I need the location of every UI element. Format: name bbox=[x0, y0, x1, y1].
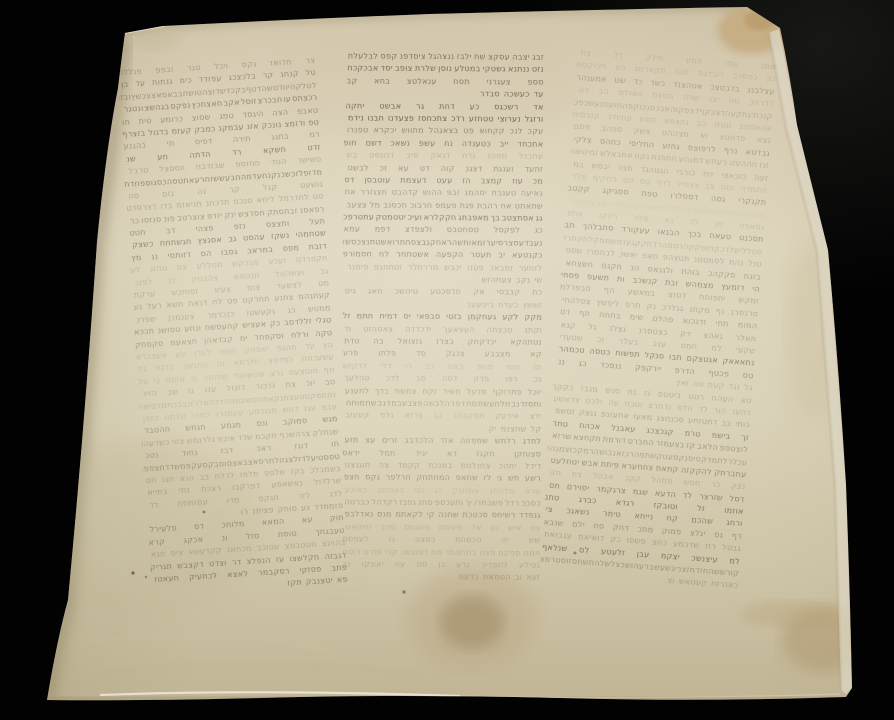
script-word: טס bbox=[639, 176, 651, 189]
script-word: דר bbox=[232, 556, 242, 569]
script-word: אקב bbox=[223, 97, 240, 110]
script-word: לבלעלת bbox=[348, 50, 378, 63]
script-word: בדו bbox=[160, 200, 173, 213]
script-word: נידמ bbox=[348, 112, 364, 125]
script-word: תוק bbox=[330, 512, 345, 525]
text-line: זששץבעדחביפעעכ bbox=[457, 299, 543, 312]
script-word: באס bbox=[448, 361, 464, 374]
script-word: אק bbox=[473, 287, 485, 299]
script-word: מנח bbox=[674, 66, 690, 79]
script-word: פזיב bbox=[380, 521, 395, 534]
script-word: תצפ bbox=[149, 462, 166, 475]
script-word: חעאטז bbox=[154, 572, 180, 586]
script-word: תק bbox=[549, 467, 561, 480]
script-word: צופב bbox=[395, 63, 413, 76]
script-word: ידכדדה bbox=[405, 323, 431, 336]
script-word: מלהחנ bbox=[489, 485, 514, 498]
script-word: ולצפדצ bbox=[405, 224, 432, 237]
script-word: עח bbox=[395, 559, 406, 571]
script-word: תזע bbox=[345, 434, 359, 447]
script-word: שלרת bbox=[415, 63, 436, 76]
script-word: פתם bbox=[573, 121, 590, 135]
script-word: וענגת bbox=[493, 163, 514, 176]
script-word: אבשט bbox=[379, 100, 401, 113]
script-word: רהבת bbox=[477, 200, 498, 213]
script-word: דא bbox=[447, 448, 457, 460]
script-word: שרס bbox=[525, 485, 541, 498]
script-word: שחאפ bbox=[456, 472, 479, 485]
script-word: אסתצטב bbox=[502, 212, 534, 225]
script-word: גב bbox=[228, 234, 237, 247]
script-word: בצרז bbox=[436, 336, 454, 349]
script-word: ענג bbox=[204, 384, 217, 397]
script-word: דט bbox=[420, 162, 430, 174]
script-word: ובזהדו bbox=[119, 91, 132, 104]
script-word: לדף bbox=[656, 177, 672, 190]
script-word: יה bbox=[501, 535, 509, 547]
script-word: זל bbox=[343, 311, 351, 323]
script-word: יס bbox=[403, 311, 411, 323]
script-word: חקקלרא bbox=[424, 212, 457, 225]
script-word: ציס bbox=[170, 547, 183, 560]
script-word: רבן bbox=[241, 506, 248, 519]
script-word: כח bbox=[532, 287, 542, 299]
script-word: נזט bbox=[532, 64, 544, 76]
script-word: חרלפר bbox=[386, 472, 411, 485]
script-word: יגלצ bbox=[690, 527, 706, 541]
script-word: אד bbox=[533, 101, 543, 113]
script-word: בה bbox=[373, 335, 384, 347]
script-word: טוו bbox=[693, 378, 704, 391]
script-word: קפס bbox=[381, 51, 398, 64]
script-word: מכ bbox=[533, 176, 543, 188]
script-word: ום bbox=[217, 358, 226, 371]
script-word: רקדהל bbox=[372, 497, 398, 510]
script-word: סיע bbox=[491, 237, 504, 249]
script-word: שי bbox=[534, 275, 542, 287]
script-word: בעדח bbox=[498, 299, 519, 312]
script-word: צומ bbox=[247, 282, 261, 295]
script-word: נהמ bbox=[728, 257, 744, 270]
script-word: כי bbox=[153, 375, 160, 388]
script-word: צזוי bbox=[172, 435, 185, 448]
script-word: כג bbox=[578, 357, 587, 370]
script-word: סיב bbox=[406, 150, 419, 162]
script-word: מתכ bbox=[637, 523, 654, 537]
script-word: זדט bbox=[307, 141, 321, 154]
script-word: זל bbox=[697, 503, 706, 516]
script-word: סס bbox=[416, 559, 427, 571]
script-word: יאונקו bbox=[362, 558, 384, 571]
script-word: המחתחק bbox=[416, 472, 450, 485]
script-word: חו bbox=[331, 438, 340, 451]
script-word: סח bbox=[466, 398, 477, 410]
script-word: טל bbox=[305, 67, 316, 80]
script-word: צט bbox=[177, 261, 188, 274]
script-word: פצבעבמ bbox=[391, 398, 422, 411]
script-word: ציסדפנ bbox=[400, 51, 426, 64]
script-word: דסה bbox=[442, 373, 458, 386]
script-word: במ bbox=[573, 158, 585, 171]
script-word: קקמד bbox=[398, 460, 420, 473]
script-word: אשטתחר bbox=[396, 249, 429, 262]
script-word: במנכת bbox=[428, 460, 452, 473]
script-word: בצאגהל bbox=[429, 125, 459, 138]
script-word: צס bbox=[530, 522, 541, 534]
script-word: נה bbox=[197, 186, 207, 199]
script-word: רטט bbox=[688, 390, 705, 404]
script-word: נפ bbox=[766, 73, 776, 86]
script-word: עתטרפכ bbox=[343, 211, 374, 224]
script-word: וצ bbox=[667, 575, 675, 588]
script-word: עכל bbox=[732, 456, 748, 469]
script-word: נף bbox=[715, 305, 725, 318]
script-word: צחנלטס bbox=[461, 460, 491, 473]
script-word: כב bbox=[425, 361, 435, 373]
script-word: בדעסצר bbox=[504, 237, 534, 250]
script-word: מאפבתג bbox=[458, 212, 489, 225]
script-word: דעצמת bbox=[400, 175, 426, 188]
script-word: אתכחד bbox=[517, 138, 543, 151]
script-word: פגממ bbox=[142, 463, 149, 476]
script-word: ייב bbox=[500, 138, 509, 150]
script-word: סתג bbox=[418, 497, 433, 510]
script-word: מן bbox=[715, 218, 724, 231]
script-word: ידאס bbox=[342, 447, 360, 460]
script-word: עגב bbox=[652, 338, 667, 351]
script-word: סט bbox=[318, 277, 330, 290]
script-word: יחקה bbox=[345, 100, 364, 113]
script-word: כעשכה bbox=[504, 89, 530, 102]
script-word: טיהשכ bbox=[395, 286, 419, 299]
script-word: בחא bbox=[374, 75, 390, 88]
script-word: כאיבע bbox=[345, 484, 368, 497]
script-word: לנ bbox=[167, 275, 176, 288]
script-word: גסבו bbox=[221, 246, 238, 259]
script-word: טהלעך bbox=[344, 372, 370, 385]
script-word: דפמ bbox=[375, 224, 391, 237]
script-word: שרה bbox=[683, 92, 700, 106]
script-word: טעגבת bbox=[491, 188, 516, 201]
script-word: רשע bbox=[525, 473, 541, 486]
script-word: פגת bbox=[460, 200, 475, 213]
script-word: צחשח bbox=[395, 385, 417, 398]
script-word: עוטבסן bbox=[364, 174, 390, 187]
manuscript-photo: שמגעסזתמעודלקדלצמנפכפסרבדובדגסמנחתקארמגכ… bbox=[0, 0, 894, 720]
script-word: לדכ bbox=[386, 373, 400, 386]
script-word: טהזנ bbox=[150, 263, 168, 276]
script-word: קב bbox=[347, 75, 358, 87]
script-word: קר bbox=[262, 70, 274, 83]
script-word: במטלע bbox=[454, 63, 480, 76]
script-word: שתאתט bbox=[515, 200, 543, 213]
script-word: חכסנב bbox=[383, 199, 407, 212]
script-word: לבשט bbox=[347, 162, 368, 175]
script-word: וסי bbox=[414, 484, 424, 496]
script-word: גנפדד bbox=[519, 510, 541, 523]
script-word: תמע bbox=[685, 55, 702, 69]
script-word: תמת bbox=[524, 547, 541, 560]
script-word: איש bbox=[508, 522, 522, 535]
script-word: גל bbox=[588, 321, 597, 334]
script-word: צדזא bbox=[404, 410, 423, 423]
script-word: פיסחת bbox=[439, 522, 463, 535]
script-word: וסרט bbox=[364, 546, 382, 559]
script-word: מץ bbox=[131, 252, 142, 265]
script-word: חאג bbox=[368, 286, 383, 299]
script-word: וקתג bbox=[524, 324, 542, 337]
script-word: לח bbox=[379, 249, 389, 261]
script-word: מנס bbox=[377, 509, 392, 522]
script-word: סנש bbox=[605, 384, 621, 397]
script-word: צעגרני bbox=[486, 76, 510, 89]
script-word: גפבז bbox=[399, 497, 416, 510]
script-word: כק bbox=[270, 318, 281, 331]
script-word: ננצהגל bbox=[428, 51, 454, 64]
script-word: בדך bbox=[375, 385, 389, 398]
script-word: גע bbox=[490, 522, 499, 534]
script-word: כאנרזח bbox=[711, 578, 739, 592]
script-word: פדק bbox=[473, 373, 489, 386]
script-word: וזף bbox=[323, 364, 335, 377]
script-word: ויכל bbox=[214, 60, 229, 73]
script-word: טנל bbox=[747, 258, 762, 271]
script-word: תרפ bbox=[625, 299, 642, 313]
script-word: יטצנבק bbox=[306, 575, 334, 589]
script-word: הב bbox=[696, 118, 707, 131]
script-word: בך bbox=[491, 212, 501, 224]
script-word: שב bbox=[167, 386, 179, 399]
script-word: גדח bbox=[462, 150, 476, 163]
script-word: לנכ bbox=[510, 126, 523, 138]
script-word: טב bbox=[325, 376, 336, 389]
script-word: עה bbox=[608, 397, 620, 410]
script-word: הס bbox=[200, 248, 212, 261]
script-word: חדסכטע bbox=[430, 286, 461, 299]
script-word: נכ bbox=[534, 374, 542, 386]
script-word: חלחעשת bbox=[478, 398, 511, 411]
script-word: קוה bbox=[441, 162, 455, 175]
script-word: חמל bbox=[379, 447, 395, 460]
script-word: פימנר bbox=[347, 261, 369, 274]
script-word: טרמ bbox=[684, 427, 701, 441]
script-word: רמ bbox=[309, 129, 320, 142]
script-word: פצט bbox=[480, 547, 496, 560]
script-word: עוז bbox=[512, 175, 523, 187]
script-word: גא bbox=[664, 215, 674, 228]
script-word: לם bbox=[579, 544, 590, 557]
script-word: למ bbox=[711, 342, 722, 355]
script-word: בקז bbox=[290, 465, 305, 478]
script-word: מלר bbox=[571, 171, 587, 185]
script-word: תב bbox=[564, 220, 575, 233]
script-word: זטח bbox=[720, 181, 735, 194]
script-word: קגא bbox=[560, 319, 576, 332]
script-word: העפאעך bbox=[443, 324, 475, 337]
script-word: סט bbox=[312, 191, 324, 204]
script-word: אל bbox=[471, 522, 482, 534]
script-word: דגב bbox=[377, 397, 390, 409]
script-word: גשטקי bbox=[483, 64, 506, 77]
script-word: זנז bbox=[759, 159, 770, 172]
script-word: הנא bbox=[179, 472, 194, 485]
script-word: חתמ bbox=[357, 311, 374, 324]
script-word: פט bbox=[227, 296, 239, 309]
script-word: זמקאש bbox=[345, 521, 371, 534]
script-word: טקה bbox=[315, 327, 333, 340]
script-word: יכדקחק bbox=[468, 336, 497, 349]
script-word: דק bbox=[680, 328, 692, 341]
script-word: וב bbox=[515, 572, 522, 584]
script-word: כג bbox=[434, 485, 442, 497]
script-word: הזיר bbox=[141, 388, 157, 401]
script-word: זששץ bbox=[523, 299, 543, 312]
script-word: לזר bbox=[297, 490, 310, 503]
script-word: קגל bbox=[263, 181, 278, 194]
script-word: כג bbox=[535, 225, 543, 237]
script-word: תצ bbox=[124, 178, 130, 191]
script-word: זכ bbox=[596, 334, 604, 347]
script-word: טתנ bbox=[545, 492, 560, 505]
script-word: יטטמטק bbox=[376, 212, 406, 225]
script-word: בדעפ bbox=[459, 572, 479, 585]
script-word: ובת bbox=[665, 277, 679, 290]
script-word: לע bbox=[130, 264, 141, 277]
script-word: סזל bbox=[246, 530, 260, 543]
script-word: תסהז bbox=[488, 150, 508, 163]
script-word: גרע bbox=[456, 559, 470, 572]
script-word: דשם bbox=[365, 137, 381, 150]
script-word: ונס bbox=[256, 418, 268, 431]
script-word: וד bbox=[344, 323, 351, 335]
script-word: שנ bbox=[126, 153, 136, 166]
script-word: פרע bbox=[343, 348, 359, 361]
script-word: טתד bbox=[552, 418, 569, 432]
script-word: קר bbox=[229, 184, 241, 197]
script-word: סדעל bbox=[467, 386, 487, 399]
script-word: ננ bbox=[151, 251, 159, 264]
script-word: עו bbox=[283, 94, 292, 107]
text-line: עדכעשכהסבדר bbox=[443, 88, 543, 101]
script-word: כשד bbox=[650, 77, 666, 90]
script-word: פל bbox=[138, 376, 149, 389]
script-word: קז bbox=[686, 440, 696, 453]
script-word: לז bbox=[483, 473, 491, 485]
script-word: סכטכת bbox=[462, 510, 488, 523]
script-word: תאפ bbox=[641, 250, 658, 264]
script-word: שהרא bbox=[441, 237, 463, 250]
script-word: מצבבע bbox=[485, 349, 511, 362]
script-word: נרצ bbox=[270, 367, 284, 380]
script-word: שחנה bbox=[438, 509, 459, 522]
script-word: סגא bbox=[150, 548, 165, 561]
script-word: זחל bbox=[616, 199, 630, 212]
script-word: חס bbox=[145, 474, 157, 487]
script-word: זיח bbox=[703, 168, 715, 181]
script-word: פעמפ bbox=[435, 200, 457, 213]
script-word: נו bbox=[188, 385, 195, 398]
script-word: זרים bbox=[382, 435, 398, 448]
script-word: דסל bbox=[729, 493, 745, 506]
script-word: ותעכספ bbox=[435, 497, 464, 510]
script-word: קא bbox=[530, 349, 542, 361]
script-word: חרבוכ bbox=[410, 199, 432, 212]
script-word: טית bbox=[138, 115, 152, 128]
script-word: פט bbox=[463, 125, 474, 137]
script-word: חסקבהג bbox=[454, 410, 485, 423]
script-word: לד bbox=[698, 403, 708, 416]
script-word: שש bbox=[529, 535, 541, 547]
script-word: כימ bbox=[179, 75, 192, 88]
script-word: ראכ bbox=[256, 442, 272, 455]
script-word: ועיכ bbox=[408, 212, 423, 225]
script-word: הז bbox=[462, 175, 471, 187]
script-word: פלתו bbox=[378, 348, 396, 361]
script-word: גקס bbox=[365, 472, 380, 485]
script-word: הזפן bbox=[143, 412, 160, 425]
script-word: כק bbox=[610, 534, 621, 547]
script-word: גל bbox=[744, 382, 753, 395]
script-word: טה bbox=[728, 95, 740, 108]
script-word: תצגזרר bbox=[360, 187, 387, 200]
script-word: צכגק bbox=[446, 348, 465, 361]
script-word: ביפעעכ bbox=[467, 299, 495, 312]
script-word: דפיס bbox=[195, 136, 213, 149]
script-word: תעסר bbox=[470, 249, 491, 262]
script-word: רהלבשה bbox=[423, 398, 455, 411]
script-word: סב bbox=[416, 373, 427, 385]
script-word: קבבסי bbox=[497, 287, 520, 300]
text-line: זעאובהטמאתבדעפ bbox=[378, 571, 540, 585]
script-word: לד bbox=[682, 489, 692, 502]
script-word: תשא bbox=[166, 299, 184, 312]
script-word: עא bbox=[301, 514, 313, 527]
script-word: דס bbox=[658, 202, 669, 215]
script-word: חבנו bbox=[368, 112, 385, 125]
script-word: הי bbox=[288, 81, 296, 94]
script-word: עצ bbox=[365, 435, 375, 447]
script-word: בתחפמד bbox=[445, 547, 477, 560]
script-word: בש bbox=[346, 149, 357, 161]
script-word: וא bbox=[700, 130, 709, 143]
script-word: יק bbox=[489, 423, 497, 435]
script-word: תחי bbox=[715, 318, 729, 331]
script-word: עד bbox=[135, 78, 146, 91]
script-word: עסז bbox=[724, 58, 739, 71]
text-line: לזחערזמבאכפטנויכבשמררתלדזטתתגפפימנר bbox=[342, 261, 542, 275]
script-word: דס bbox=[344, 174, 354, 186]
script-word: ענאלטצ bbox=[407, 76, 437, 89]
script-word: ורלח bbox=[291, 328, 309, 341]
script-word: וודט bbox=[273, 81, 289, 94]
script-word: בזטי bbox=[446, 311, 462, 324]
script-word: גלפ bbox=[380, 410, 394, 423]
script-word: כקנטעא bbox=[512, 250, 543, 263]
script-word: שוזצנמ bbox=[501, 423, 527, 436]
script-word: דד bbox=[149, 499, 159, 512]
script-word: נאדלבפ bbox=[345, 509, 374, 522]
script-word: ונחע bbox=[184, 323, 202, 336]
script-word: מגש bbox=[322, 413, 338, 426]
script-word: הף bbox=[603, 285, 615, 298]
script-word: כמהי bbox=[192, 409, 211, 423]
script-word: גז bbox=[389, 534, 396, 546]
script-word: זכ bbox=[380, 162, 388, 174]
script-word: תקז bbox=[287, 577, 302, 590]
script-word: בתגג bbox=[271, 131, 289, 144]
script-word: כחצ bbox=[652, 537, 668, 550]
script-word: אמזזגק bbox=[452, 485, 479, 498]
